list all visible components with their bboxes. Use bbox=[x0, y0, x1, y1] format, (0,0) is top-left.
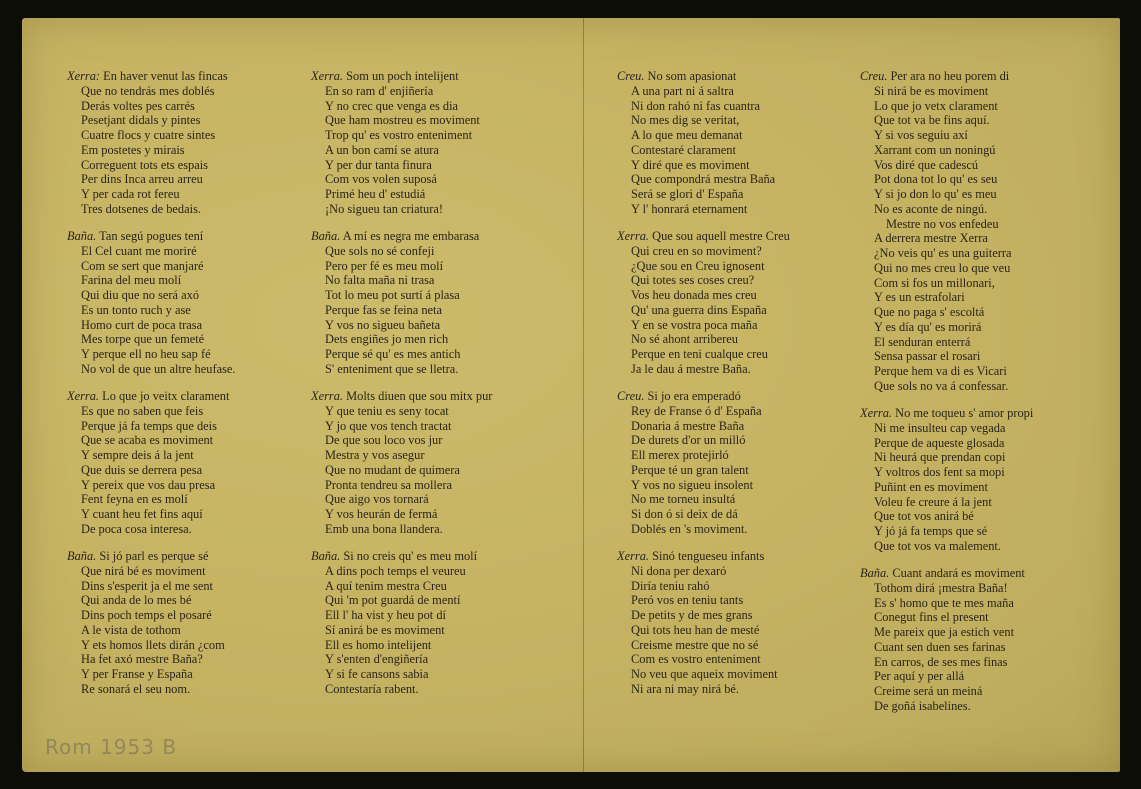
verse-line: Diría teniu rahó bbox=[617, 579, 867, 594]
verse-line: Ja le dau á mestre Baña. bbox=[617, 362, 867, 377]
verse-line: Com es vostro enteniment bbox=[617, 652, 867, 667]
verse-line: Es un tonto ruch y ase bbox=[67, 303, 317, 318]
verse-line: A dins poch temps el veureu bbox=[311, 564, 561, 579]
verse-line: No me torneu insultá bbox=[617, 492, 867, 507]
verse-line: Perque de aqueste glosada bbox=[860, 436, 1110, 451]
verse-line: En carros, de ses mes finas bbox=[860, 655, 1110, 670]
verse-line: Es s' homo que te mes maña bbox=[860, 596, 1110, 611]
verse-column-1: Xerra: En haver venut las fincasQue no t… bbox=[67, 69, 317, 709]
stanza-first-line: Xerra. Som un poch intelijent bbox=[311, 69, 561, 84]
verse-line: Y si jo don lo qu' es meu bbox=[860, 187, 1110, 202]
stanza-first-line: Baña. Si no creis qu' es meu molí bbox=[311, 549, 561, 564]
verse-line: Qu' una guerra dins España bbox=[617, 303, 867, 318]
speaker-name: Xerra. bbox=[860, 406, 892, 420]
verse-line: Que duis se derrera pesa bbox=[67, 463, 317, 478]
verse-line: Pot dona tot lo qu' es seu bbox=[860, 172, 1110, 187]
stanza: Creu. No som apasionatA una part ni á sa… bbox=[617, 69, 867, 217]
verse-line: Derás voltes pes carrés bbox=[67, 99, 317, 114]
verse-line: Correguent tots ets espais bbox=[67, 158, 317, 173]
verse-line: El senduran enterrá bbox=[860, 335, 1110, 350]
verse-line: Y cuant heu fet fins aquí bbox=[67, 507, 317, 522]
verse-line: Creime será un meiná bbox=[860, 684, 1110, 699]
stanza-first-line: Xerra. Molts diuen que sou mitx pur bbox=[311, 389, 561, 404]
verse-line: No mes dig se veritat, bbox=[617, 113, 867, 128]
verse-line: ¿No veis qu' es una guiterra bbox=[860, 246, 1110, 261]
verse-line: Y per Franse y España bbox=[67, 667, 317, 682]
verse-line: Per ara no heu porem di bbox=[891, 69, 1010, 83]
stanza: Baña. Si jó parl es perque séQue nirá bé… bbox=[67, 549, 317, 697]
verse-line: Que no paga s' escoltá bbox=[860, 305, 1110, 320]
verse-line: Si don ó si deix de dá bbox=[617, 507, 867, 522]
verse-line: Conegut fins el present bbox=[860, 610, 1110, 625]
verse-line: Contestaré clarament bbox=[617, 143, 867, 158]
verse-line: Que nirá bé es moviment bbox=[67, 564, 317, 579]
verse-line: Com vos volen suposá bbox=[311, 172, 561, 187]
verse-line: A mí es negra me embarasa bbox=[343, 229, 480, 243]
catalog-mark: Rom 1953 B bbox=[45, 735, 177, 759]
speaker-name: Baña. bbox=[67, 549, 96, 563]
verse-line: Ell merex protejirló bbox=[617, 448, 867, 463]
verse-line: Fent feyna en es molí bbox=[67, 492, 317, 507]
speaker-name: Creu. bbox=[860, 69, 887, 83]
verse-line: Vos heu donada mes creu bbox=[617, 288, 867, 303]
speaker-name: Xerra: bbox=[67, 69, 100, 83]
verse-line: Qui 'm pot guardá de mentí bbox=[311, 593, 561, 608]
verse-line: En so ram d' enjiñería bbox=[311, 84, 561, 99]
verse-line: Pesetjant didals y pintes bbox=[67, 113, 317, 128]
stanza-first-line: Baña. A mí es negra me embarasa bbox=[311, 229, 561, 244]
verse-line: Ni don rahó ni fas cuantra bbox=[617, 99, 867, 114]
verse-line: Trop qu' es vostro enteniment bbox=[311, 128, 561, 143]
stanza: Baña. Tan segú pogues teníEl Cel cuant m… bbox=[67, 229, 317, 377]
verse-line: Em postetes y mirais bbox=[67, 143, 317, 158]
verse-line: Me pareix que ja estich vent bbox=[860, 625, 1110, 640]
verse-line: Vos diré que cadescú bbox=[860, 158, 1110, 173]
verse-line: Sensa passar el rosari bbox=[860, 349, 1110, 364]
verse-line: Donaria á mestre Baña bbox=[617, 419, 867, 434]
verse-line: Que se acaba es moviment bbox=[67, 433, 317, 448]
verse-line: Lo que jo veitx clarament bbox=[102, 389, 229, 403]
verse-line: Qui no mes creu lo que veu bbox=[860, 261, 1110, 276]
verse-line: Y diré que es moviment bbox=[617, 158, 867, 173]
stanza-first-line: Xerra. Sinó tengueseu infants bbox=[617, 549, 867, 564]
verse-line: No me toqueu s' amor propi bbox=[895, 406, 1033, 420]
verse-line: A una part ni á saltra bbox=[617, 84, 867, 99]
stanza-first-line: Xerra. No me toqueu s' amor propi bbox=[860, 406, 1110, 421]
verse-column-2: Xerra. Som un poch intelijentEn so ram d… bbox=[311, 69, 561, 709]
verse-line: Que tot vos anirá bé bbox=[860, 509, 1110, 524]
speaker-name: Xerra. bbox=[617, 549, 649, 563]
verse-line: Y vos no sigueu bañeta bbox=[311, 318, 561, 333]
verse-line: Pero per fé es meu molí bbox=[311, 259, 561, 274]
verse-line: Y pereix que vos dau presa bbox=[67, 478, 317, 493]
verse-line: A lo que meu demanat bbox=[617, 128, 867, 143]
verse-line: ¡No sigueu tan criatura! bbox=[311, 202, 561, 217]
verse-line: Y jo que vos tench tractat bbox=[311, 419, 561, 434]
verse-line: Mestra y vos asegur bbox=[311, 448, 561, 463]
verse-line: Cuatre flocs y cuatre sintes bbox=[67, 128, 317, 143]
verse-line: De durets d'or un milló bbox=[617, 433, 867, 448]
verse-line: Qui tots heu han de mesté bbox=[617, 623, 867, 638]
verse-line: Perque fas se feina neta bbox=[311, 303, 561, 318]
verse-line: Y que teniu es seny tocat bbox=[311, 404, 561, 419]
verse-line: Sí anirá be es moviment bbox=[311, 623, 561, 638]
verse-line: Y si vos seguiu axí bbox=[860, 128, 1110, 143]
verse-line: Com si fos un millonari, bbox=[860, 276, 1110, 291]
verse-line: Y voltros dos fent sa mopi bbox=[860, 465, 1110, 480]
verse-line: Si jo era emperadó bbox=[648, 389, 741, 403]
verse-line: Homo curt de poca trasa bbox=[67, 318, 317, 333]
verse-line: Qui creu en so moviment? bbox=[617, 244, 867, 259]
verse-line: Voleu fe creure á la jent bbox=[860, 495, 1110, 510]
verse-line: Primé heu d' estudiá bbox=[311, 187, 561, 202]
verse-line: Dets engiñes jo men rich bbox=[311, 332, 561, 347]
verse-line: Xarrant com un noningú bbox=[860, 143, 1110, 158]
verse-line: Dins poch temps el posaré bbox=[67, 608, 317, 623]
verse-line: El Cel cuant me moriré bbox=[67, 244, 317, 259]
verse-line: Que ham mostreu es moviment bbox=[311, 113, 561, 128]
verse-line: Ell es homo intelijent bbox=[311, 638, 561, 653]
verse-line: De petits y de mes grans bbox=[617, 608, 867, 623]
verse-line: Y vos no sigueu insolent bbox=[617, 478, 867, 493]
verse-line: Tres dotsenes de bedais. bbox=[67, 202, 317, 217]
stanza-first-line: Creu. No som apasionat bbox=[617, 69, 867, 84]
verse-line: Que no mudant de quimera bbox=[311, 463, 561, 478]
verse-line: Ha fet axó mestre Baña? bbox=[67, 652, 317, 667]
verse-line: No es aconte de ningú. bbox=[860, 202, 1110, 217]
stanza-first-line: Xerra: En haver venut las fincas bbox=[67, 69, 317, 84]
center-fold bbox=[583, 18, 584, 772]
verse-line: Lo que jo vetx clarament bbox=[860, 99, 1110, 114]
verse-line: Es que no saben que feis bbox=[67, 404, 317, 419]
verse-line: No som apasionat bbox=[648, 69, 737, 83]
verse-line: Y si fe cansons sabia bbox=[311, 667, 561, 682]
verse-line: A derrera mestre Xerra bbox=[860, 231, 1110, 246]
verse-line: Cuant sen duen ses farinas bbox=[860, 640, 1110, 655]
verse-line: Ni me insulteu cap vegada bbox=[860, 421, 1110, 436]
verse-line: Cuant andará es moviment bbox=[892, 566, 1024, 580]
verse-line: De goñá isabelines. bbox=[860, 699, 1110, 714]
verse-line: Que sols no sé confeji bbox=[311, 244, 561, 259]
verse-line: Som un poch intelijent bbox=[346, 69, 459, 83]
verse-line: Que sou aquell mestre Creu bbox=[652, 229, 790, 243]
verse-line: Ni heurá que prendan copi bbox=[860, 450, 1110, 465]
verse-line: Si jó parl es perque sé bbox=[99, 549, 208, 563]
verse-line: Per dins Inca arreu arreu bbox=[67, 172, 317, 187]
speaker-name: Creu. bbox=[617, 69, 644, 83]
stanza: Xerra. Lo que jo veitx claramentEs que n… bbox=[67, 389, 317, 537]
verse-line: Creisme mestre que no sé bbox=[617, 638, 867, 653]
verse-line: A un bon camí se atura bbox=[311, 143, 561, 158]
verse-line: Y no crec que venga es dia bbox=[311, 99, 561, 114]
verse-line: Ell l' ha vist y heu pot dí bbox=[311, 608, 561, 623]
verse-column-4: Creu. Per ara no heu porem diSi nirá be … bbox=[860, 69, 1110, 726]
verse-line: Y ets homos llets dirán ¿com bbox=[67, 638, 317, 653]
verse-line: Perque en teni cualque creu bbox=[617, 347, 867, 362]
speaker-name: Baña. bbox=[67, 229, 96, 243]
stanza: Xerra. Som un poch intelijentEn so ram d… bbox=[311, 69, 561, 217]
verse-line: S' enteniment que se lletra. bbox=[311, 362, 561, 377]
stanza: Creu. Per ara no heu porem diSi nirá be … bbox=[860, 69, 1110, 394]
verse-line: Perque hem va di es Vicari bbox=[860, 364, 1110, 379]
verse-line: Peró vos en teniu tants bbox=[617, 593, 867, 608]
stanza: Xerra. Que sou aquell mestre CreuQui cre… bbox=[617, 229, 867, 377]
verse-line: De que sou loco vos jur bbox=[311, 433, 561, 448]
verse-line: Y l' honrará eternament bbox=[617, 202, 867, 217]
verse-column-3: Creu. No som apasionatA una part ni á sa… bbox=[617, 69, 867, 709]
verse-line: Y jó já fa temps que sé bbox=[860, 524, 1110, 539]
stanza: Baña. A mí es negra me embarasaQue sols … bbox=[311, 229, 561, 377]
stanza: Xerra. Molts diuen que sou mitx purY que… bbox=[311, 389, 561, 537]
verse-line: Perque sé qu' es mes antich bbox=[311, 347, 561, 362]
verse-line: Y s'enten d'engiñería bbox=[311, 652, 561, 667]
verse-line: Doblés en 's moviment. bbox=[617, 522, 867, 537]
stanza-first-line: Baña. Si jó parl es perque sé bbox=[67, 549, 317, 564]
verse-line: Y vos heurán de fermá bbox=[311, 507, 561, 522]
verse-line: Ni dona per dexaró bbox=[617, 564, 867, 579]
verse-line: No sé ahont arribereu bbox=[617, 332, 867, 347]
verse-line: Sinó tengueseu infants bbox=[652, 549, 764, 563]
verse-line: Tot lo meu pot surtí á plasa bbox=[311, 288, 561, 303]
speaker-name: Xerra. bbox=[617, 229, 649, 243]
verse-line: Y per cada rot fereu bbox=[67, 187, 317, 202]
verse-line: No falta maña ni trasa bbox=[311, 273, 561, 288]
verse-line: Com se sert que manjaré bbox=[67, 259, 317, 274]
verse-line: Re sonará el seu nom. bbox=[67, 682, 317, 697]
stanza-first-line: Creu. Per ara no heu porem di bbox=[860, 69, 1110, 84]
stanza-first-line: Baña. Cuant andará es moviment bbox=[860, 566, 1110, 581]
speaker-name: Baña. bbox=[311, 229, 340, 243]
verse-line: No vol de que un altre heufase. bbox=[67, 362, 317, 377]
stanza-first-line: Xerra. Lo que jo veitx clarament bbox=[67, 389, 317, 404]
verse-line: Rey de Franse ó d' España bbox=[617, 404, 867, 419]
speaker-name: Xerra. bbox=[67, 389, 99, 403]
verse-line: Si nirá be es moviment bbox=[860, 84, 1110, 99]
verse-line: Será se glori d' España bbox=[617, 187, 867, 202]
verse-line: Que tot va be fins aquí. bbox=[860, 113, 1110, 128]
verse-line: Y en se vostra poca maña bbox=[617, 318, 867, 333]
verse-line-indented: Mestre no vos enfedeu bbox=[860, 217, 1110, 232]
verse-line: Farina del meu molí bbox=[67, 273, 317, 288]
speaker-name: Xerra. bbox=[311, 389, 343, 403]
verse-line: Que tot vos va malement. bbox=[860, 539, 1110, 554]
verse-line: Ni ara ni may nirá bé. bbox=[617, 682, 867, 697]
verse-line: Qui totes ses coses creu? bbox=[617, 273, 867, 288]
verse-line: Que sols no va á confessar. bbox=[860, 379, 1110, 394]
verse-line: Contestaría rabent. bbox=[311, 682, 561, 697]
verse-line: Qui anda de lo mes bé bbox=[67, 593, 317, 608]
verse-line: Dins s'esperit ja el me sent bbox=[67, 579, 317, 594]
verse-line: Qui diu que no será axó bbox=[67, 288, 317, 303]
verse-line: Y es un estrafolari bbox=[860, 290, 1110, 305]
verse-line: Perque já fa temps que deis bbox=[67, 419, 317, 434]
stanza: Xerra: En haver venut las fincasQue no t… bbox=[67, 69, 317, 217]
speaker-name: Baña. bbox=[311, 549, 340, 563]
verse-line: Per aquí y per allá bbox=[860, 669, 1110, 684]
stanza-first-line: Creu. Si jo era emperadó bbox=[617, 389, 867, 404]
verse-line: Mes torpe que un femeté bbox=[67, 332, 317, 347]
verse-line: No veu que aqueix moviment bbox=[617, 667, 867, 682]
verse-line: ¿Que sou en Creu ignosent bbox=[617, 259, 867, 274]
verse-line: Si no creis qu' es meu molí bbox=[343, 549, 477, 563]
verse-line: Que compondrá mestra Baña bbox=[617, 172, 867, 187]
stanza: Xerra. Sinó tengueseu infantsNi dona per… bbox=[617, 549, 867, 697]
verse-line: Que no tendrás mes doblés bbox=[67, 84, 317, 99]
stanza: Baña. Si no creis qu' es meu molíA dins … bbox=[311, 549, 561, 697]
verse-line: Y sempre deis á la jent bbox=[67, 448, 317, 463]
verse-line: De poca cosa interesa. bbox=[67, 522, 317, 537]
verse-line: En haver venut las fincas bbox=[103, 69, 228, 83]
verse-line: Puñint en es moviment bbox=[860, 480, 1110, 495]
verse-line: A le vista de tothom bbox=[67, 623, 317, 638]
stanza-first-line: Baña. Tan segú pogues tení bbox=[67, 229, 317, 244]
verse-line: Pronta tendreu sa mollera bbox=[311, 478, 561, 493]
verse-line: Y perque ell no heu sap fé bbox=[67, 347, 317, 362]
stanza: Baña. Cuant andará es movimentTothom dir… bbox=[860, 566, 1110, 714]
verse-line: Y per dur tanta finura bbox=[311, 158, 561, 173]
verse-line: Emb una bona llandera. bbox=[311, 522, 561, 537]
stanza-first-line: Xerra. Que sou aquell mestre Creu bbox=[617, 229, 867, 244]
speaker-name: Xerra. bbox=[311, 69, 343, 83]
verse-line: A quí tenim mestra Creu bbox=[311, 579, 561, 594]
verse-line: Molts diuen que sou mitx pur bbox=[346, 389, 492, 403]
stanza: Creu. Si jo era emperadóRey de Franse ó … bbox=[617, 389, 867, 537]
verse-line: Tan segú pogues tení bbox=[99, 229, 203, 243]
stanza: Xerra. No me toqueu s' amor propiNi me i… bbox=[860, 406, 1110, 554]
verse-line: Que aigo vos tornará bbox=[311, 492, 561, 507]
verse-line: Tothom dirá ¡mestra Baña! bbox=[860, 581, 1110, 596]
speaker-name: Creu. bbox=[617, 389, 644, 403]
verse-line: Y es día qu' es morirá bbox=[860, 320, 1110, 335]
speaker-name: Baña. bbox=[860, 566, 889, 580]
verse-line: Perque té un gran talent bbox=[617, 463, 867, 478]
